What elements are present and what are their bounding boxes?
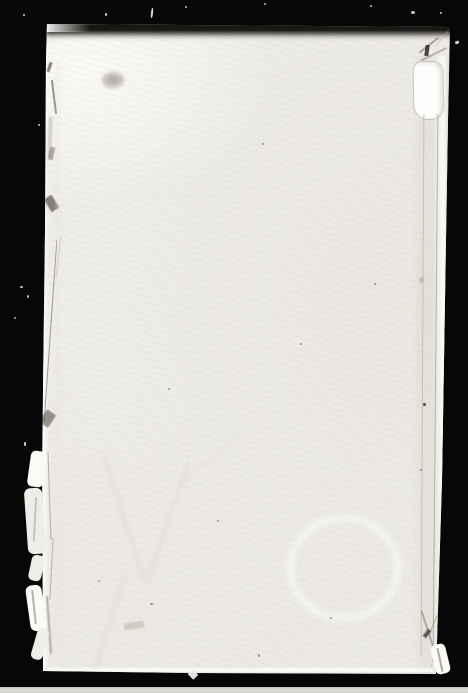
dust-speck bbox=[264, 3, 266, 5]
dust-speck bbox=[23, 14, 25, 16]
page-corner-highlight bbox=[46, 23, 90, 32]
binding-shadow-top bbox=[46, 24, 450, 42]
dust-speck bbox=[440, 12, 442, 14]
dust-speck bbox=[455, 40, 460, 44]
dust-speck bbox=[105, 13, 107, 16]
dust-speck bbox=[20, 286, 23, 288]
dust-speck bbox=[38, 124, 40, 126]
torn-edge-crease bbox=[437, 648, 443, 672]
dust-speck bbox=[411, 11, 415, 14]
page-edge-shading-right bbox=[412, 56, 450, 676]
water-stain-ring bbox=[287, 515, 401, 621]
dust-speck bbox=[185, 6, 187, 8]
page-edge-highlight-left bbox=[43, 24, 49, 672]
torn-edge-crease bbox=[31, 590, 36, 624]
paper-texture bbox=[0, 0, 468, 693]
repair-tape-tab bbox=[414, 62, 444, 119]
dust-speck bbox=[14, 317, 16, 319]
scanned-page bbox=[0, 0, 468, 693]
dust-speck bbox=[27, 295, 29, 298]
dust-speck bbox=[370, 5, 372, 7]
scanner-background bbox=[0, 0, 468, 693]
dust-speck bbox=[24, 442, 26, 446]
torn-edge-crease bbox=[33, 497, 37, 541]
dust-speck bbox=[150, 8, 153, 18]
scanner-bed-edge-strip bbox=[0, 687, 468, 693]
